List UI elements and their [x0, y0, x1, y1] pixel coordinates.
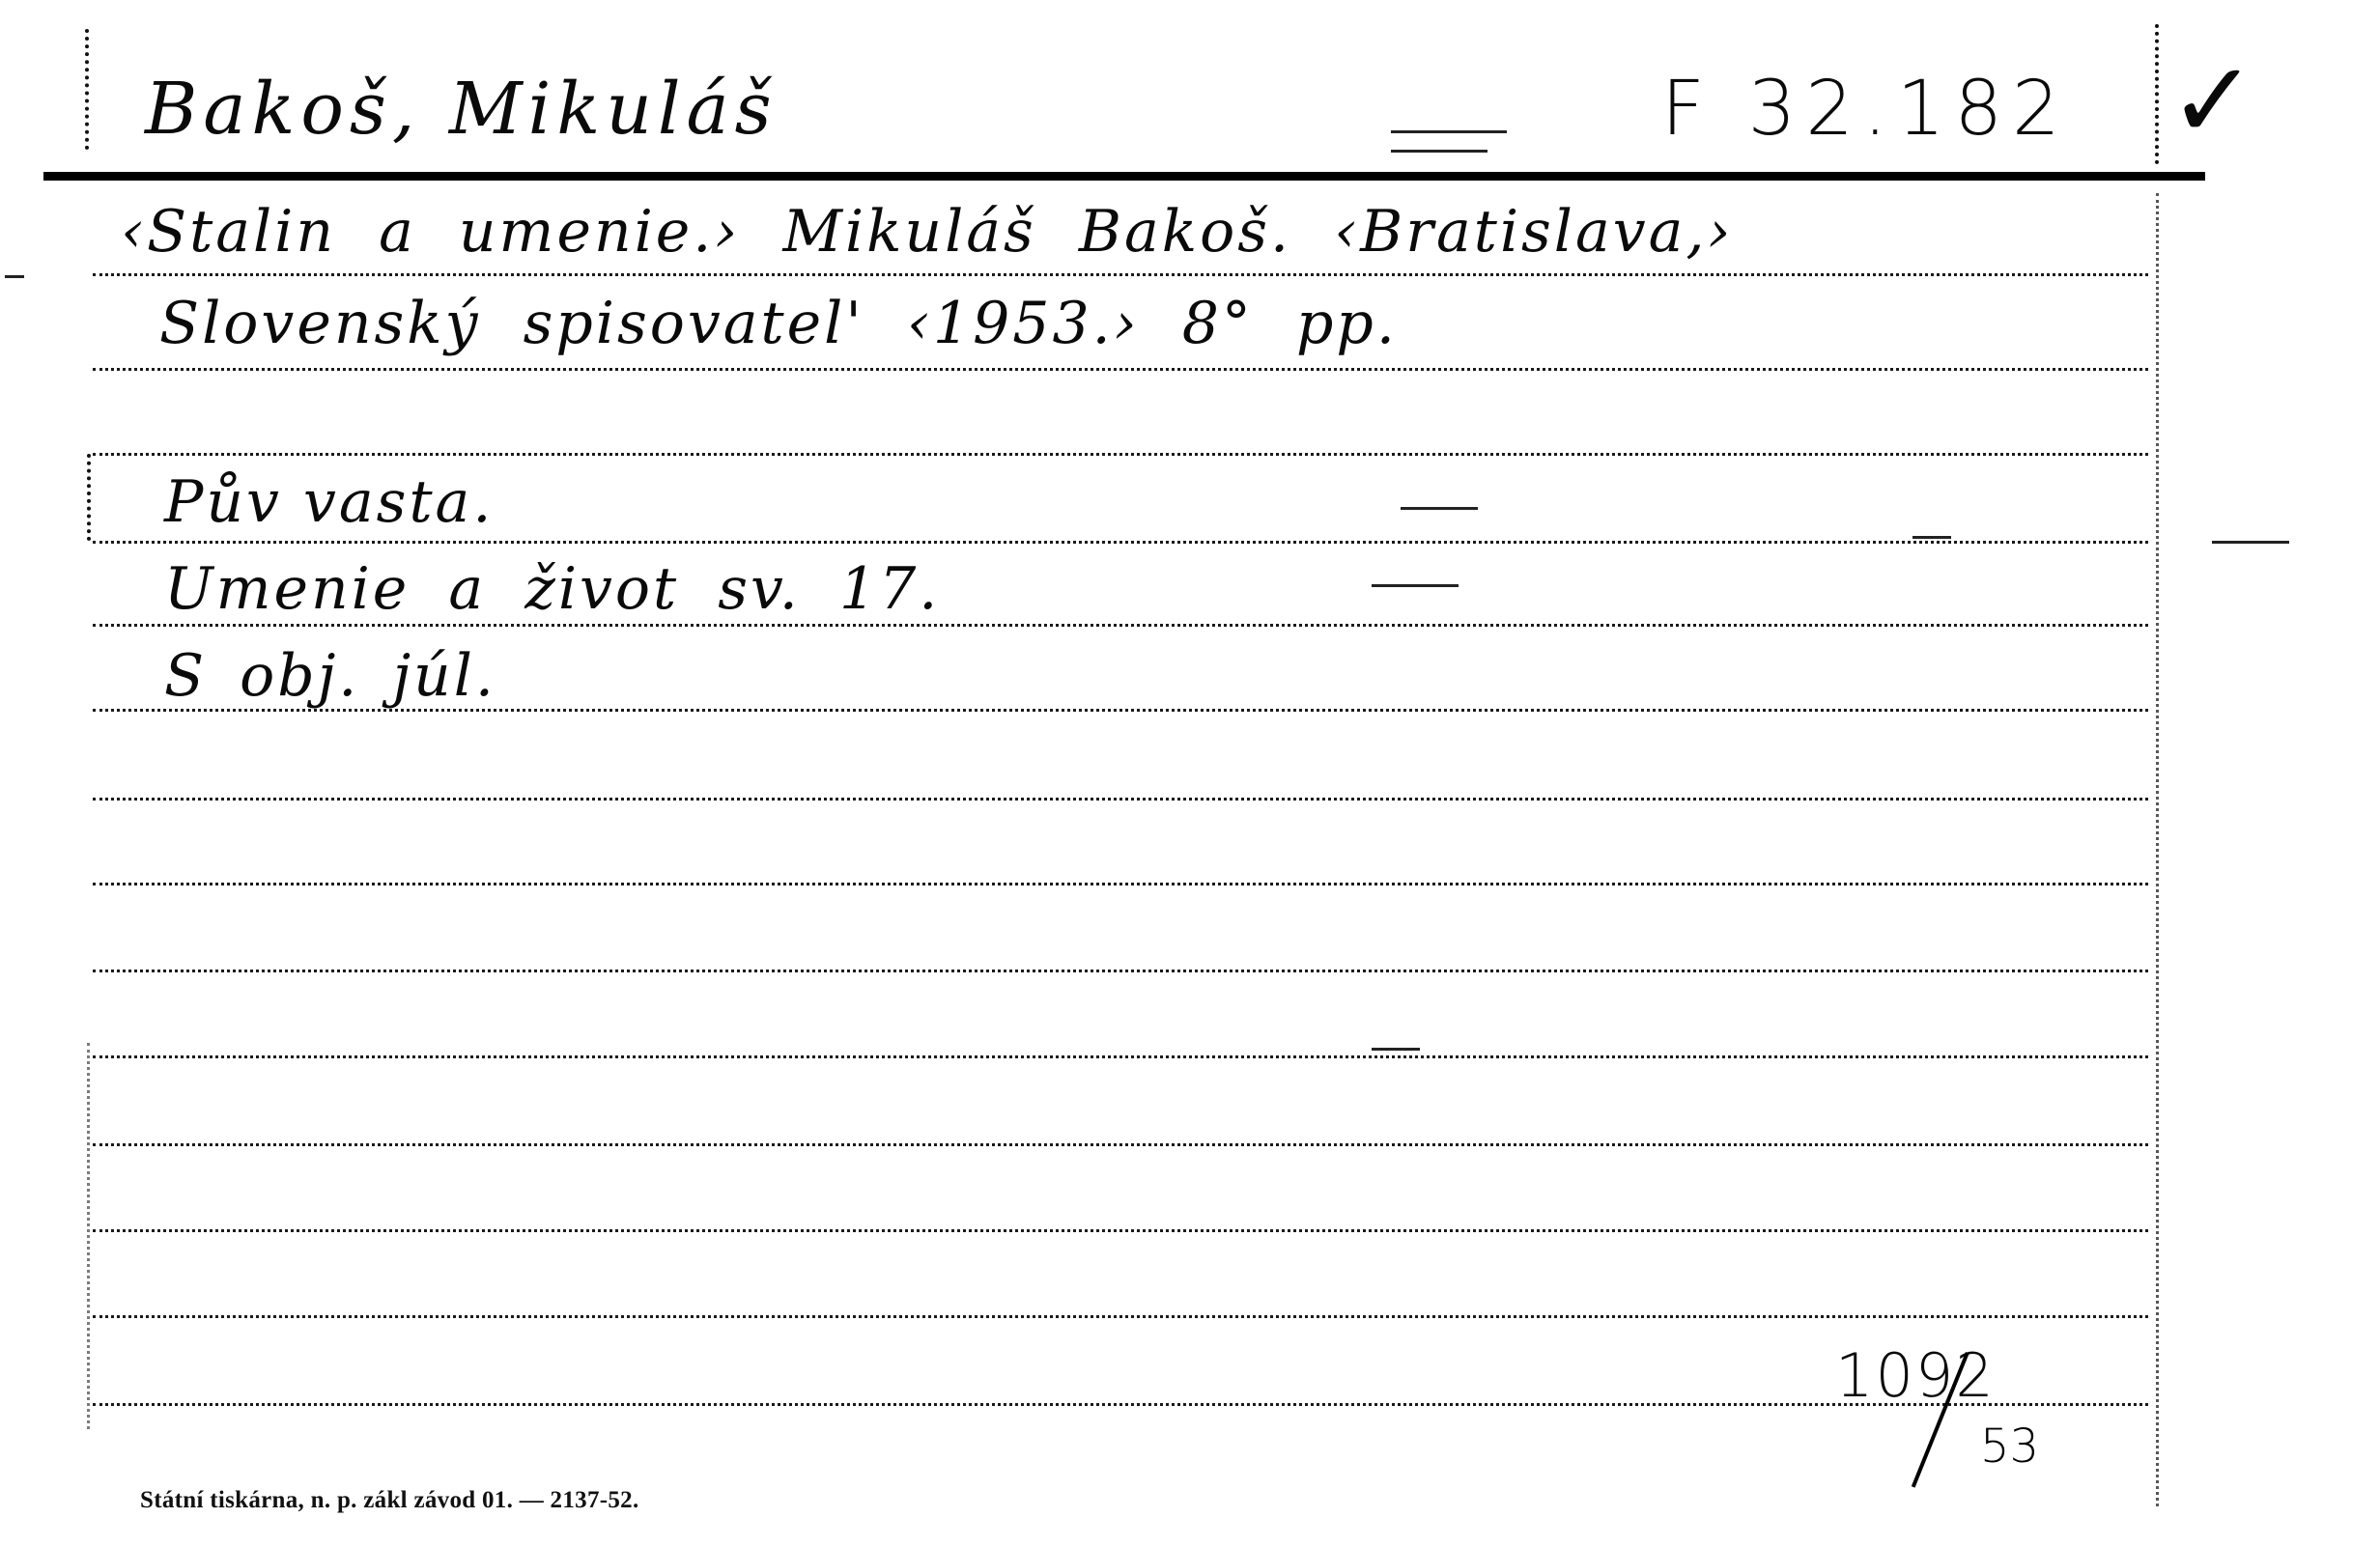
accession-number: 1092	[1835, 1340, 1996, 1411]
ruled-line	[93, 970, 2148, 972]
ruled-line	[93, 798, 2148, 801]
ruled-line	[93, 883, 2148, 885]
title-statement-line: ‹Stalin a umenie.› Mikuláš Bakoš. ‹Brati…	[121, 198, 1734, 266]
scan-speck	[1391, 130, 1507, 133]
scan-speck	[1912, 536, 1951, 539]
check-mark-icon: ✓	[2168, 39, 2260, 162]
scan-speck	[1401, 507, 1478, 510]
header-rule	[43, 172, 2205, 181]
scan-speck	[5, 275, 24, 278]
right-margin-dotted-border	[2155, 24, 2159, 164]
ruled-line	[93, 453, 2148, 456]
scan-speck	[1391, 150, 1487, 153]
left-margin-dotted-border	[87, 454, 91, 541]
ruled-line	[93, 273, 2148, 276]
ruled-line	[93, 624, 2148, 627]
printer-imprint: Státní tiskárna, n. p. zákl závod 01. — …	[140, 1487, 639, 1514]
left-margin-dotted-border	[85, 29, 89, 150]
ruled-line	[93, 368, 2148, 371]
note-original-line: Pův vasta.	[164, 468, 494, 536]
ruled-line	[93, 1229, 2148, 1232]
ruled-line	[93, 1315, 2148, 1318]
ruled-line	[93, 1055, 2148, 1058]
acquisition-note-line: S obj. júl.	[164, 642, 496, 710]
ruled-line	[93, 1143, 2148, 1146]
accession-year: 53	[1980, 1420, 2039, 1474]
right-margin-dotted-border	[2156, 193, 2159, 1506]
scan-speck	[1372, 584, 1459, 587]
catalog-card: Bakoš, Mikuláš F 32.182 ✓ ‹Stalin a umen…	[0, 0, 2380, 1546]
ruled-line	[93, 541, 2148, 544]
call-number: F 32.182	[1661, 66, 2070, 153]
scan-speck	[2212, 541, 2289, 544]
left-margin-dotted-border	[87, 1043, 90, 1429]
series-line: Umenie a život sv. 17.	[164, 555, 940, 623]
scan-speck	[1372, 1048, 1420, 1051]
imprint-line: Slovenský spisovatel' ‹1953.› 8° pp.	[159, 290, 1398, 357]
author-heading: Bakoš, Mikuláš	[145, 68, 778, 151]
